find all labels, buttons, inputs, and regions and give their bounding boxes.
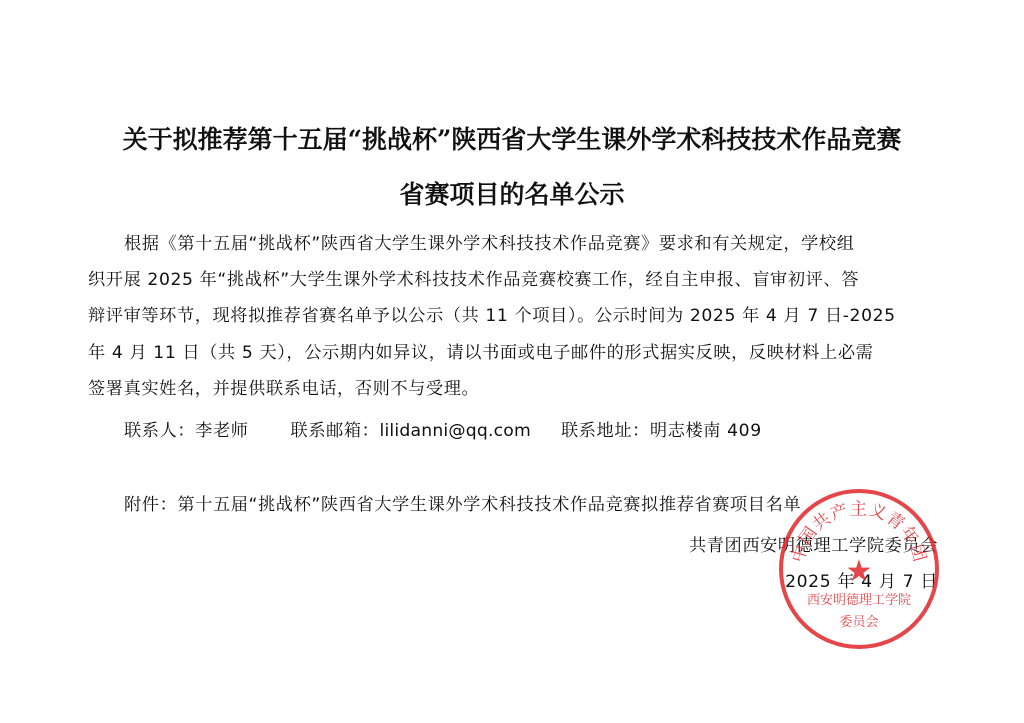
document-page: 关于拟推荐第十五届“挑战杯”陕西省大学生课外学术科技技术作品竞赛 省赛项目的名单…	[0, 0, 1024, 723]
contact-person: 李老师	[195, 419, 248, 443]
issuer: 共青团西安明德理工学院委员会	[689, 534, 938, 558]
attachment-line: 附件：第十五届“挑战杯”陕西省大学生课外学术科技技术作品竞赛拟推荐省赛项目名单	[124, 493, 976, 517]
contact-email[interactable]: lilidanni@qq.com	[379, 419, 530, 443]
contact-email-label: 联系邮箱：	[291, 419, 380, 443]
contact-person-label: 联系人：	[124, 419, 195, 443]
contact-line: 联系人：李老师联系邮箱：lilidanni@qq.com联系地址：明志楼南 40…	[124, 419, 976, 443]
document-title-line-1: 关于拟推荐第十五届“挑战杯”陕西省大学生课外学术科技技术作品竞赛	[80, 120, 944, 156]
paragraph-line-5: 签署真实姓名，并提供联系电话，否则不与受理。	[88, 377, 940, 401]
issue-date: 2025 年 4 月 7 日	[785, 570, 938, 594]
contact-address-label: 联系地址：	[561, 419, 650, 443]
paragraph-line-3: 辩评审等环节，现将拟推荐省赛名单予以公示（共 11 个项目）。公示时间为 202…	[88, 304, 940, 328]
paragraph-line-2: 织开展 2025 年“挑战杯”大学生课外学术科技技术作品竞赛校赛工作，经自主申报…	[88, 268, 940, 292]
document-title-line-2: 省赛项目的名单公示	[80, 175, 944, 211]
seal-inner-text-1: 西安明德理工学院	[807, 592, 911, 608]
paragraph-line-1: 根据《第十五届“挑战杯”陕西省大学生课外学术科技技术作品竞赛》要求和有关规定，学…	[124, 232, 976, 256]
seal-inner-text-2: 委员会	[839, 615, 878, 630]
contact-address: 明志楼南 409	[650, 419, 762, 443]
paragraph-line-4: 年 4 月 11 日（共 5 天），公示期内如异议，请以书面或电子邮件的形式据实…	[88, 341, 940, 365]
